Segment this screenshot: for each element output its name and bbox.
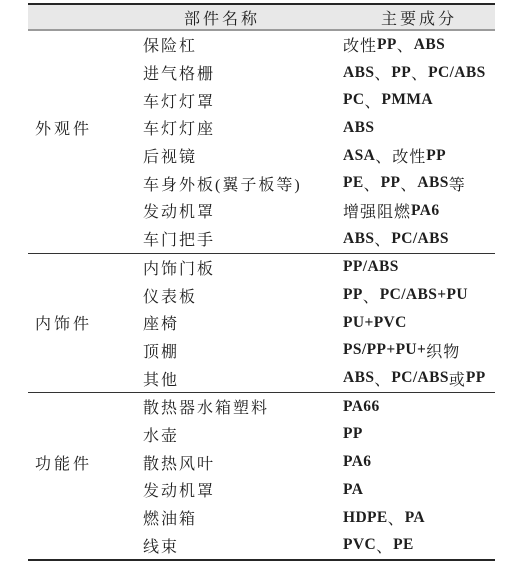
part-name-cell: 后视镜 [135,142,343,170]
composition-cell: ABS [343,114,495,142]
part-name-cell: 仪表板 [135,281,343,309]
part-name-cell: 车灯灯座 [135,114,343,142]
part-name-cell: 保险杠 [135,31,343,59]
part-name-cell: 进气格栅 [135,59,343,87]
category-label: 功能件 [28,448,135,476]
composition-cell: PP、PC/ABS+PU [343,281,495,309]
composition-cell: PU+PVC [343,309,495,337]
part-name-cell: 其他 [135,364,343,392]
composition-cell: PA [343,476,495,504]
header-cell-part-name: 部件名称 [135,6,343,29]
table-section-0: 外观件保险杠改性 PP、ABS进气格栅ABS、PP、PC/ABS车灯灯罩PC、P… [28,31,495,253]
category-label: 外观件 [28,114,135,142]
composition-cell: ABS、PC/ABS [343,225,495,253]
table-body: 外观件保险杠改性 PP、ABS进气格栅ABS、PP、PC/ABS车灯灯罩PC、P… [28,31,495,559]
table-section-2: 功能件散热器水箱塑料PA66水壶PP散热风叶PA6发动机罩PA燃油箱HDPE、P… [28,392,495,559]
composition-cell: ABS、PP、PC/ABS [343,59,495,87]
part-name-cell: 发动机罩 [135,197,343,225]
part-name-cell: 顶棚 [135,337,343,365]
composition-cell: ABS、PC/ABS 或 PP [343,364,495,392]
composition-cell: PS/PP+PU+织物 [343,337,495,365]
category-label: 内饰件 [28,309,135,337]
page: { "table": { "headers": ["部件名称", "主要成分"]… [0,0,522,575]
header-cell-main-composition: 主要成分 [343,6,495,29]
composition-cell: 增强阻燃 PA6 [343,197,495,225]
part-name-cell: 车身外板(翼子板等) [135,169,343,197]
part-name-cell: 水壶 [135,421,343,449]
composition-cell: PVC、PE [343,531,495,559]
part-name-cell: 线束 [135,531,343,559]
parts-materials-table: 部件名称 主要成分 外观件保险杠改性 PP、ABS进气格栅ABS、PP、PC/A… [28,3,495,561]
composition-cell: PP/ABS [343,254,495,282]
table-header-row: 部件名称 主要成分 [28,5,495,31]
part-name-cell: 发动机罩 [135,476,343,504]
part-name-cell: 座椅 [135,309,343,337]
part-name-cell: 车灯灯罩 [135,86,343,114]
table-section-1: 内饰件内饰门板PP/ABS仪表板PP、PC/ABS+PU座椅PU+PVC顶棚PS… [28,253,495,392]
part-name-cell: 内饰门板 [135,254,343,282]
composition-cell: HDPE、PA [343,504,495,532]
composition-cell: PE、PP、ABS 等 [343,169,495,197]
composition-cell: PA6 [343,448,495,476]
part-name-cell: 燃油箱 [135,504,343,532]
composition-cell: PP [343,421,495,449]
composition-cell: 改性 PP、ABS [343,31,495,59]
part-name-cell: 散热风叶 [135,448,343,476]
composition-cell: PA66 [343,393,495,421]
composition-cell: ASA、改性 PP [343,142,495,170]
composition-cell: PC、PMMA [343,86,495,114]
part-name-cell: 散热器水箱塑料 [135,393,343,421]
part-name-cell: 车门把手 [135,225,343,253]
